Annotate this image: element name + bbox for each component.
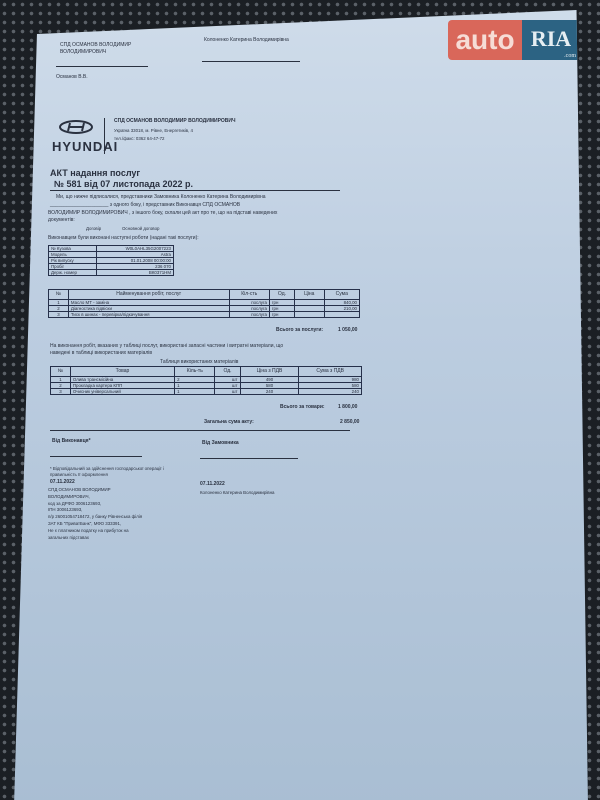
act-title: АКТ надання послуг (50, 168, 140, 178)
column-header: Товар (70, 367, 174, 377)
approve-left-sign-line (56, 66, 148, 67)
materials-total-label: Всього за товари: (280, 404, 325, 410)
approve-left-signer: Османов В.В. (56, 74, 88, 80)
services-table: №Найменування робіт, послугКіл-стьОд.Цін… (48, 289, 360, 318)
row-number: 3 (51, 389, 71, 395)
executor-detail-line: ЗАТ КБ "ПриватБанк", МФО 333391, (48, 521, 142, 528)
watermark-auto: auto (448, 20, 522, 60)
hyundai-emblem-icon (58, 120, 94, 134)
table-row: 3Очисник універсальний1шт240240 (51, 389, 362, 395)
vehicle-info-table: № КузоваW0L0AHL35G2007223МодельAstraРік … (48, 245, 174, 276)
approve-left-name2: ВОЛОДИМИРОВИЧ (60, 49, 106, 55)
footnote-2: правильність її оформлення (50, 472, 108, 477)
intro-line-1: Ми, що нижче підписалися, представники З… (56, 194, 266, 200)
intro-line-3: ВОЛОДИМИР ВОЛОДИМИРОВИЧ , з іншого боку,… (48, 210, 277, 216)
watermark-ria-text: RIA (531, 26, 571, 51)
column-header: Ціна з ПДВ (240, 367, 299, 377)
row-number: 3 (49, 312, 69, 318)
hyundai-wordmark: HYUNDAI (52, 139, 100, 154)
price (295, 312, 325, 318)
services-total-label: Всього за послуги: (276, 327, 323, 333)
watermark-suffix: .com (564, 52, 576, 60)
approve-right-label: ЗАТВЕРДЖУЮ (206, 16, 241, 22)
services-total-value: 1 050,00 (338, 327, 357, 333)
service-name: Тиск в шинах - перевірка/підкачування (68, 312, 229, 318)
column-header: Сума (324, 290, 359, 300)
executor-label: Від Виконавця* (52, 438, 91, 444)
company-phone: тел./факс: 0362 64-47-72 (114, 136, 164, 141)
executor-detail-line: загальних підставах (48, 535, 142, 542)
materials-total-value: 1 800,00 (338, 404, 357, 410)
item-name: Очисник універсальний (70, 389, 174, 395)
column-header: № (49, 290, 69, 300)
executor-date: 07.11.2022 (50, 479, 75, 485)
unit: грн (269, 312, 294, 318)
doc-label: Договір (86, 226, 101, 231)
document-page: ЗАТВЕРДЖУЮ СПД ОСМАНОВ ВОЛОДИМИР ВОЛОДИМ… (14, 6, 588, 800)
customer-sign-line (200, 458, 298, 459)
vehicle-value: ВК0371НМ (96, 270, 173, 276)
customer-label: Від Замовника (202, 440, 239, 446)
sum: 240 (299, 389, 362, 395)
works-intro: Виконавцем були виконані наступні роботи… (48, 235, 199, 241)
executor-details: СПД ОСМАНОВ ВОЛОДИМИРВОЛОДИМИРОВИЧ,код з… (48, 487, 142, 541)
company-name: СПД ОСМАНОВ ВОЛОДИМИР ВОЛОДИМИРОВИЧ (114, 118, 235, 124)
materials-table: №ТоварКіль-тьОд.Ціна з ПДВСума з ПДВ 1Ол… (50, 366, 362, 395)
letterhead-divider (104, 118, 105, 154)
executor-detail-line: п/р 26001054718472, у банку Рівненська ф… (48, 514, 142, 521)
autoria-watermark: auto RIA.com (448, 20, 580, 60)
approve-left-label: ЗАТВЕРДЖУЮ (58, 16, 93, 22)
price: 240 (240, 389, 299, 395)
column-header: Найменування робіт, послуг (68, 290, 229, 300)
executor-detail-line: СПД ОСМАНОВ ВОЛОДИМИР (48, 487, 142, 494)
intro-line-2: _____________________ з одного боку, і п… (50, 202, 240, 208)
materials-caption: Таблиця використаних матеріалів (160, 359, 238, 365)
approve-right-name: Колоненко Катерина Володимирівна (204, 37, 289, 43)
approve-left-name1: СПД ОСМАНОВ ВОЛОДИМИР (60, 42, 131, 48)
grand-total-rule (50, 430, 350, 431)
executor-detail-line: ІПН 3006123693, (48, 507, 142, 514)
approve-right-sign-line (202, 61, 300, 62)
customer-date: 07.11.2022 (200, 481, 225, 487)
column-header: Од. (269, 290, 294, 300)
executor-detail-line: код за ДРФО 3006123693, (48, 501, 142, 508)
column-header: Сума з ПДВ (299, 367, 362, 377)
grand-total-value: 2 850,00 (340, 419, 359, 425)
grand-total-label: Загальна сума акту: (204, 419, 254, 425)
hyundai-logo: HYUNDAI (52, 120, 100, 154)
column-header: Од. (215, 367, 240, 377)
sum (324, 312, 359, 318)
column-header: Кіл-сть (229, 290, 269, 300)
materials-intro-1: На виконання робіт, вказаних у таблиці п… (50, 343, 283, 349)
footnote-1: * Відповідальний за здійснення господарс… (50, 466, 164, 471)
executor-sign-line (50, 456, 142, 457)
act-number-date: № 581 від 07 листопада 2022 р. (54, 179, 193, 189)
column-header: № (51, 367, 71, 377)
column-header: Ціна (295, 290, 325, 300)
column-header: Кіль-ть (175, 367, 215, 377)
watermark-ria: RIA.com (522, 20, 580, 60)
quantity: послуга (229, 312, 269, 318)
quantity: 1 (175, 389, 215, 395)
vehicle-label: Держ. номер (49, 270, 97, 276)
executor-detail-line: ВОЛОДИМИРОВИЧ, (48, 494, 142, 501)
intro-line-4: документів: (48, 217, 75, 223)
title-rule (50, 190, 340, 191)
company-address: Україна 33018, м. Рівне, Енергетиків, 4 (114, 128, 193, 133)
customer-name: Колоненко Катерина Володимирівна (200, 490, 275, 495)
doc-value: Основной договор (122, 226, 159, 231)
executor-detail-line: Не є платником податку на прибуток на (48, 528, 142, 535)
unit: шт (215, 389, 240, 395)
vehicle-row: Держ. номерВК0371НМ (49, 270, 174, 276)
table-row: 3Тиск в шинах - перевірка/підкачуванняпо… (49, 312, 360, 318)
materials-intro-2: наведені в таблиці використаних матеріал… (50, 350, 152, 356)
